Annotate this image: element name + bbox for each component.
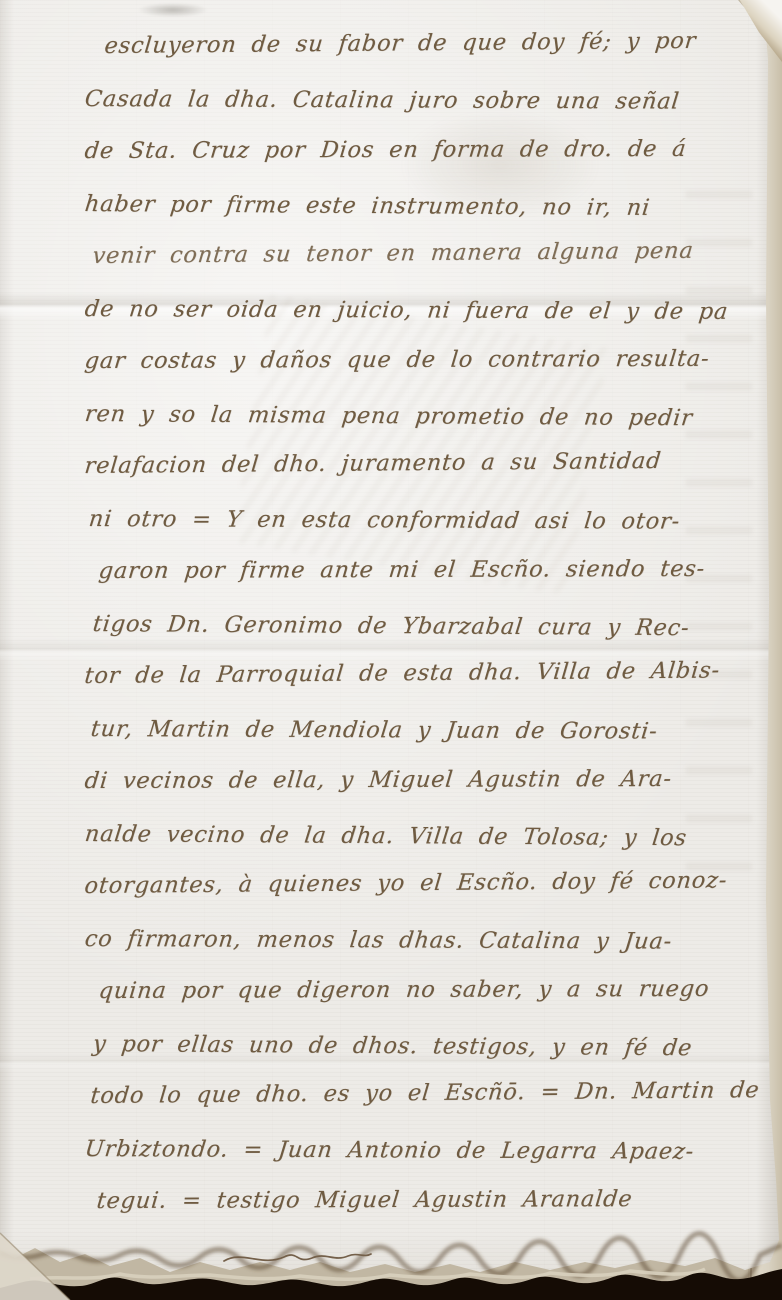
- manuscript-line: di vecinos de ella, y Miguel Agustin de …: [82, 753, 756, 808]
- manuscript-text: escluyeron de su fabor de que doy fé; y …: [82, 20, 750, 1228]
- manuscript-line: gar costas y daños que de lo contrario r…: [82, 333, 756, 388]
- dark-gutter: [0, 1269, 782, 1300]
- manuscript-line: tegui. = testigo Miguel Agustin Aranalde: [94, 1173, 756, 1228]
- manuscript-line: de Sta. Cruz por Dios en forma de dro. d…: [82, 123, 756, 178]
- manuscript-line: garon por firme ante mi el Escño. siendo…: [96, 543, 756, 598]
- manuscript-line: quina por que digeron no saber, y a su r…: [96, 963, 756, 1018]
- manuscript-line: co firmaron, menos las dhas. Catalina y …: [82, 913, 755, 968]
- manuscript-line: de no ser oida en juicio, ni fuera de el…: [82, 283, 755, 338]
- manuscript-line: otorgantes, à quienes yo el Escño. doy f…: [82, 854, 756, 912]
- manuscript-line: todo lo que dho. es yo el Escñō. = Dn. M…: [88, 1064, 756, 1122]
- edge-smudge: [138, 3, 208, 17]
- manuscript-line: tor de la Parroquial de esta dha. Villa …: [82, 644, 756, 702]
- manuscript-line: ni otro = Y en esta conformidad asi lo o…: [86, 493, 755, 548]
- under-page-deckle: [30, 1269, 705, 1279]
- manuscript-line: Urbiztondo. = Juan Antonio de Legarra Ap…: [82, 1123, 755, 1178]
- manuscript-page: escluyeron de su fabor de que doy fé; y …: [0, 0, 782, 1300]
- manuscript-line: relafacion del dho. juramento a su Santi…: [82, 434, 756, 492]
- manuscript-line: tur, Martin de Mendiola y Juan de Gorost…: [88, 703, 755, 758]
- rubric-flourish: [220, 1246, 375, 1270]
- manuscript-line: escluyeron de su fabor de que doy fé; y …: [102, 14, 756, 72]
- manuscript-line: Casada la dha. Catalina juro sobre una s…: [82, 73, 755, 128]
- manuscript-line: venir contra su tenor en manera alguna p…: [90, 224, 756, 282]
- manuscript-scan: escluyeron de su fabor de que doy fé; y …: [0, 0, 782, 1300]
